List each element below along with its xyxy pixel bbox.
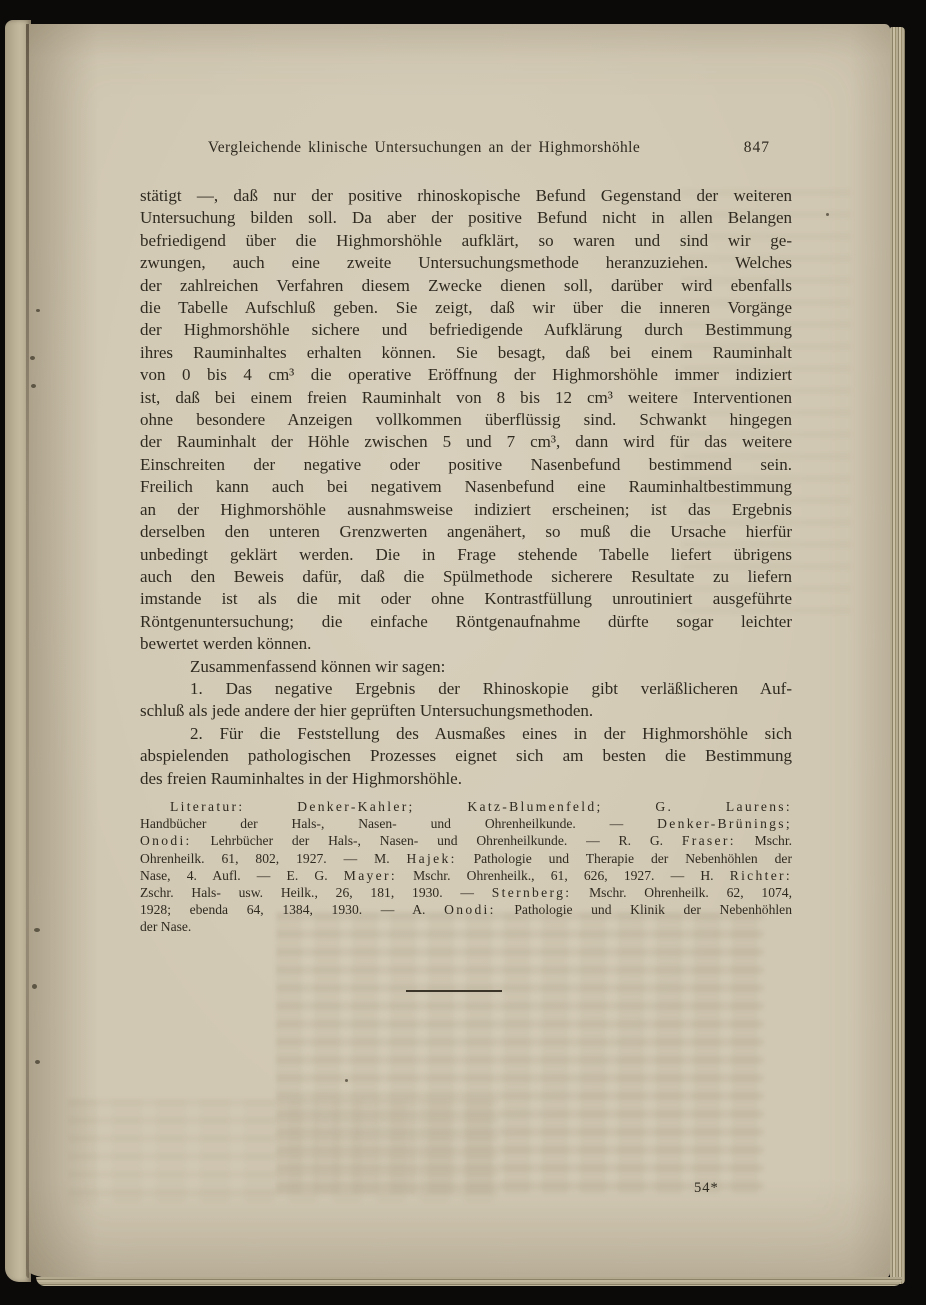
literature-text: Pathologie und Klinik der Nebenhöhlen xyxy=(496,902,792,917)
author-name: Richter: xyxy=(730,868,792,883)
ink-speck xyxy=(30,356,35,360)
literature-text: 1928; ebenda 64, 1384, 1930. — A. xyxy=(140,902,444,917)
running-title: Vergleichende klinische Untersuchungen a… xyxy=(140,138,708,158)
text-line: auch den Beweis dafür, daß die Spülmetho… xyxy=(140,566,792,588)
literature-text: Zschr. Hals- usw. Heilk., 26, 181, 1930.… xyxy=(140,885,492,900)
literature-line: Ohrenheilk. 61, 802, 1927. — M. Hajek: P… xyxy=(140,850,792,867)
text-line: Untersuchung bilden soll. Da aber der po… xyxy=(140,207,792,229)
literature-text: der Nase. xyxy=(140,919,191,934)
text-line: derselben den unteren Grenzwerten angenä… xyxy=(140,521,792,543)
separator-rule xyxy=(406,990,502,992)
ink-speck xyxy=(345,1079,348,1082)
text-line: 1. Das negative Ergebnis der Rhinoskopie… xyxy=(140,678,792,700)
literature-line: Literatur: Denker-Kahler; Katz-Blumenfel… xyxy=(140,798,792,815)
body-paragraph-2: Zusammenfassend können wir sagen: xyxy=(140,656,792,678)
text-line: befriedigend über die Highmorshöhle aufk… xyxy=(140,230,792,252)
literature-block: Literatur: Denker-Kahler; Katz-Blumenfel… xyxy=(140,798,792,936)
text-column: Vergleichende klinische Untersuchungen a… xyxy=(140,138,792,992)
ink-speck xyxy=(36,309,40,312)
text-line: der zahlreichen Verfahren diesem Zwecke … xyxy=(140,275,792,297)
ink-speck xyxy=(35,1060,40,1064)
gutter-crease xyxy=(26,24,29,1278)
literature-text: Mschr. Ohrenheilk., 61, 626, 1927. — H. xyxy=(397,868,730,883)
literature-line: Onodi: Lehrbücher der Hals-, Nasen- und … xyxy=(140,832,792,849)
ink-speck xyxy=(31,384,36,388)
text-line: ihres Rauminhaltes erhalten können. Sie … xyxy=(140,342,792,364)
text-line: imstande ist als die mit oder ohne Kontr… xyxy=(140,588,792,610)
literature-heading: Literatur: Denker-Kahler; Katz-Blumenfel… xyxy=(170,799,792,814)
text-line: die Tabelle Aufschluß geben. Sie zeigt, … xyxy=(140,297,792,319)
literature-text: Handbücher der Hals-, Nasen- und Ohrenhe… xyxy=(140,816,657,831)
ink-speck xyxy=(826,213,829,216)
ink-speck xyxy=(32,984,37,989)
page-bottom-edge-stack xyxy=(36,1277,902,1286)
text-line: Freilich kann auch bei negativem Nasenbe… xyxy=(140,476,792,498)
page-number: 847 xyxy=(708,138,792,158)
literature-text: Nase, 4. Aufl. — E. G. xyxy=(140,868,344,883)
author-name: Denker-Brünings; xyxy=(657,816,792,831)
literature-text: Mschr. xyxy=(736,833,792,848)
text-line: 2. Für die Feststellung des Ausmaßes ein… xyxy=(140,723,792,745)
text-line: der Rauminhalt der Höhle zwischen 5 und … xyxy=(140,431,792,453)
text-line: bewertet werden können. xyxy=(140,633,792,655)
text-line: Röntgenuntersuchung; die einfache Röntge… xyxy=(140,611,792,633)
body-paragraph-3: 1. Das negative Ergebnis der Rhinoskopie… xyxy=(140,678,792,723)
author-name: Onodi: xyxy=(444,902,496,917)
text-line: der Highmorshöhle sichere und befriedige… xyxy=(140,319,792,341)
text-line: schluß als jede andere der hier geprüfte… xyxy=(140,700,792,722)
author-name: Fraser: xyxy=(682,833,736,848)
author-name: Mayer: xyxy=(344,868,397,883)
text-line: unbedingt geklärt werden. Die in Frage s… xyxy=(140,544,792,566)
text-line: stätigt —, daß nur der positive rhinosko… xyxy=(140,185,792,207)
ink-speck xyxy=(34,928,40,932)
summary-intro-line: Zusammenfassend können wir sagen: xyxy=(140,656,792,678)
literature-text: Ohrenheilk. 61, 802, 1927. — M. xyxy=(140,851,407,866)
text-line: an der Highmorshöhle ausnahmsweise indiz… xyxy=(140,499,792,521)
body-paragraph-1: stätigt —, daß nur der positive rhinosko… xyxy=(140,185,792,656)
text-line: Einschreiten der negative oder positive … xyxy=(140,454,792,476)
body-paragraph-4: 2. Für die Feststellung des Ausmaßes ein… xyxy=(140,723,792,790)
literature-line: der Nase. xyxy=(140,918,792,935)
text-line: zwungen, auch eine zweite Untersuchungsm… xyxy=(140,252,792,274)
author-name: Hajek: xyxy=(407,851,457,866)
literature-line: Nase, 4. Aufl. — E. G. Mayer: Mschr. Ohr… xyxy=(140,867,792,884)
literature-line: 1928; ebenda 64, 1384, 1930. — A. Onodi:… xyxy=(140,901,792,918)
show-through-text xyxy=(68,1099,498,1204)
literature-text: Mschr. Ohrenheilk. 62, 1074, xyxy=(571,885,792,900)
author-name: Onodi: xyxy=(140,833,192,848)
text-line: ist, daß bei einem freien Rauminhalt von… xyxy=(140,387,792,409)
book-page: Vergleichende klinische Untersuchungen a… xyxy=(26,24,890,1278)
page-right-edge-stack xyxy=(890,27,905,1284)
printer-signature: 54* xyxy=(694,1180,719,1197)
literature-text: Pathologie und Therapie der Nebenhöhlen … xyxy=(457,851,792,866)
literature-text: Lehrbücher der Hals-, Nasen- und Ohrenhe… xyxy=(192,833,682,848)
text-line: abspielenden pathologischen Prozesses ei… xyxy=(140,745,792,767)
literature-line: Zschr. Hals- usw. Heilk., 26, 181, 1930.… xyxy=(140,884,792,901)
text-line: ohne besondere Anzeigen vollkommen überf… xyxy=(140,409,792,431)
running-header: Vergleichende klinische Untersuchungen a… xyxy=(140,138,792,158)
author-name: Sternberg: xyxy=(492,885,572,900)
literature-line: Handbücher der Hals-, Nasen- und Ohrenhe… xyxy=(140,815,792,832)
text-line: von 0 bis 4 cm³ die operative Eröffnung … xyxy=(140,364,792,386)
book-page-scan: Vergleichende klinische Untersuchungen a… xyxy=(0,0,926,1305)
text-line: des freien Rauminhaltes in der Highmorsh… xyxy=(140,768,792,790)
